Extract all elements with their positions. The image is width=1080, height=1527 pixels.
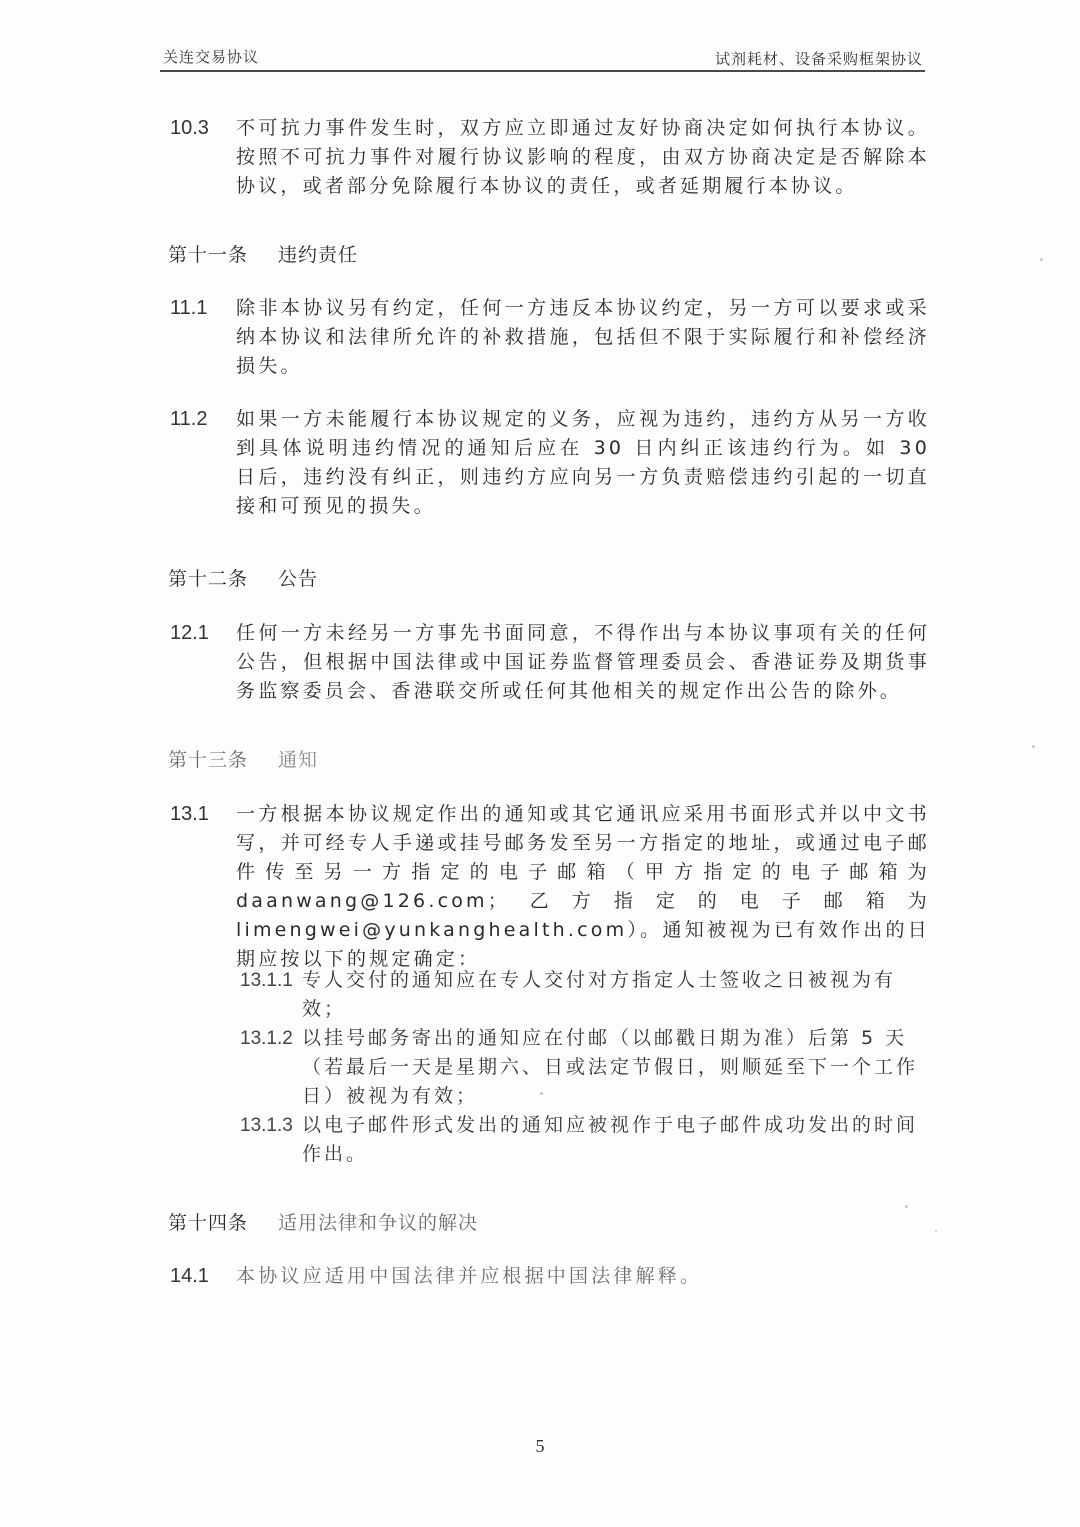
clause-text: 除非本协议另有约定，任何一方违反本协议约定，另一方可以要求或采纳本协议和法律所允…	[236, 294, 930, 381]
subclause-text: 专人交付的通知应在专人交付对方指定人士签收之日被视为有效；	[302, 966, 920, 1024]
clause-text: 本协议应适用中国法律并应根据中国法律解释。	[236, 1262, 930, 1291]
article-12-heading: 第十二条公告	[168, 564, 318, 591]
clause-number: 11.2	[170, 405, 236, 521]
subclause-list-13-1: 13.1.1 专人交付的通知应在专人交付对方指定人士签收之日被视为有效； 13.…	[240, 966, 920, 1169]
subclause-13-1-1: 13.1.1 专人交付的通知应在专人交付对方指定人士签收之日被视为有效；	[240, 966, 920, 1024]
article-title: 公告	[278, 568, 318, 590]
scan-speck	[1040, 258, 1043, 261]
article-14-heading: 第十四条适用法律和争议的解决	[168, 1208, 478, 1235]
article-number: 第十二条	[168, 564, 278, 591]
clause-11-2: 11.2 如果一方未能履行本协议规定的义务，应视为违约，违约方从另一方收到具体说…	[170, 405, 930, 521]
clause-number: 14.1	[170, 1262, 236, 1291]
subclause-13-1-2: 13.1.2 以挂号邮务寄出的通知应在付邮（以邮戳日期为准）后第 5 天（若最后…	[240, 1024, 920, 1111]
clause-number: 10.3	[170, 114, 236, 201]
clause-number: 11.1	[170, 294, 236, 381]
article-number: 第十四条	[168, 1208, 278, 1235]
clause-text: 一方根据本协议规定作出的通知或其它通讯应采用书面形式并以中文书写，并可经专人手递…	[236, 800, 930, 974]
page-header: 关连交易协议 试剂耗材、设备采购框架协议	[160, 44, 925, 72]
article-11-heading: 第十一条违约责任	[168, 240, 358, 267]
clause-text: 不可抗力事件发生时，双方应立即通过友好协商决定如何执行本协议。按照不可抗力事件对…	[236, 114, 930, 201]
subclause-13-1-3: 13.1.3 以电子邮件形式发出的通知应被视作于电子邮件成功发出的时间作出。	[240, 1111, 920, 1169]
clause-number: 12.1	[170, 619, 236, 706]
header-right-title: 试剂耗材、设备采购框架协议	[715, 48, 923, 69]
article-title: 适用法律和争议的解决	[278, 1212, 478, 1234]
subclause-text: 以挂号邮务寄出的通知应在付邮（以邮戳日期为准）后第 5 天（若最后一天是星期六、…	[302, 1024, 920, 1111]
article-title: 违约责任	[278, 244, 358, 266]
clause-number: 13.1	[170, 800, 236, 974]
scan-speck	[905, 1205, 908, 1208]
clause-13-1: 13.1 一方根据本协议规定作出的通知或其它通讯应采用书面形式并以中文书写，并可…	[170, 800, 930, 974]
scan-speck	[935, 1230, 937, 1232]
clause-11-1: 11.1 除非本协议另有约定，任何一方违反本协议约定，另一方可以要求或采纳本协议…	[170, 294, 930, 381]
clause-text: 任何一方未经另一方事先书面同意，不得作出与本协议事项有关的任何公告，但根据中国法…	[236, 619, 930, 706]
subclause-number: 13.1.3	[240, 1111, 302, 1169]
article-number: 第十一条	[168, 240, 278, 267]
page-number: 5	[0, 1436, 1080, 1457]
scan-speck	[1032, 745, 1035, 748]
header-left-title: 关连交易协议	[163, 46, 259, 67]
article-title: 通知	[278, 749, 318, 771]
clause-text: 如果一方未能履行本协议规定的义务，应视为违约，违约方从另一方收到具体说明违约情况…	[236, 405, 930, 521]
subclause-number: 13.1.2	[240, 1024, 302, 1111]
article-number: 第十三条	[168, 745, 278, 772]
scan-speck	[540, 1092, 543, 1095]
clause-12-1: 12.1 任何一方未经另一方事先书面同意，不得作出与本协议事项有关的任何公告，但…	[170, 619, 930, 706]
clause-10-3: 10.3 不可抗力事件发生时，双方应立即通过友好协商决定如何执行本协议。按照不可…	[170, 114, 930, 201]
clause-14-1: 14.1 本协议应适用中国法律并应根据中国法律解释。	[170, 1262, 930, 1291]
document-page: 关连交易协议 试剂耗材、设备采购框架协议 10.3 不可抗力事件发生时，双方应立…	[0, 0, 1080, 1527]
article-13-heading: 第十三条通知	[168, 745, 318, 772]
subclause-text: 以电子邮件形式发出的通知应被视作于电子邮件成功发出的时间作出。	[302, 1111, 920, 1169]
subclause-number: 13.1.1	[240, 966, 302, 1024]
